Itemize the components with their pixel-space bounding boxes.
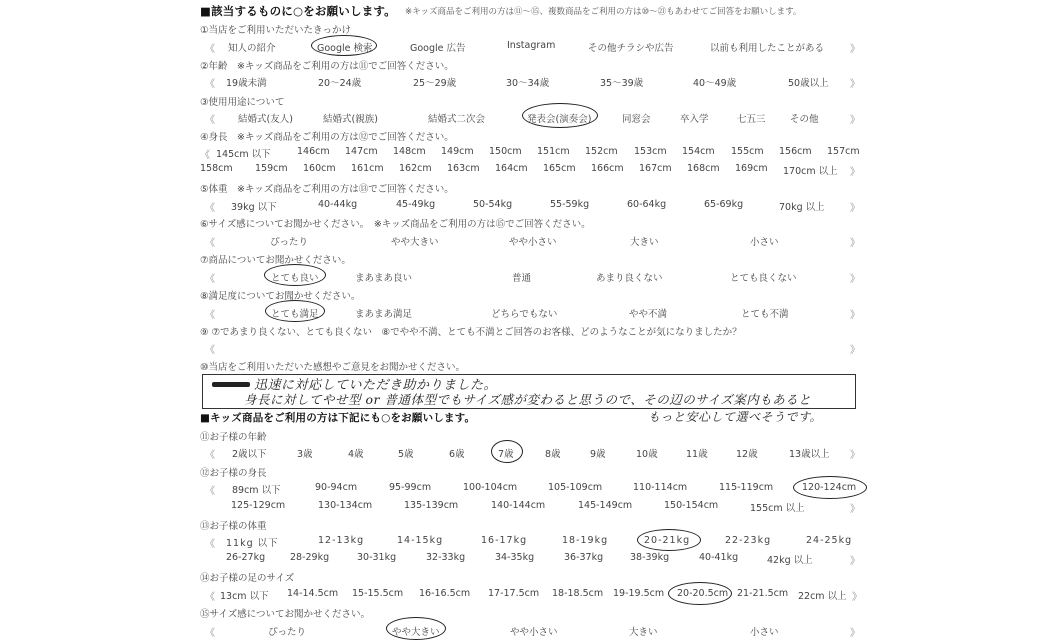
q14-option[interactable]: 18-18.5cm: [552, 588, 603, 599]
open-bracket: 《: [205, 199, 215, 214]
q4-option[interactable]: 161cm: [351, 163, 384, 174]
q11-option[interactable]: 6歳: [449, 446, 465, 460]
q13-option[interactable]: 12-13kg: [318, 535, 364, 546]
open-bracket: 《: [205, 306, 215, 321]
q4-option[interactable]: 159cm: [255, 163, 288, 174]
q10-handwritten-line3: もっと安心して選べそうです。: [648, 408, 822, 425]
q14-option[interactable]: 19-19.5cm: [613, 588, 664, 599]
q12-option[interactable]: 150-154cm: [664, 500, 718, 511]
q13-option[interactable]: 34-35kg: [495, 552, 534, 563]
q8-option[interactable]: とても不満: [741, 306, 789, 320]
q1-option[interactable]: Google 広告: [410, 40, 466, 54]
q13-option[interactable]: 40-41kg: [699, 552, 738, 563]
q14-option[interactable]: 21-21.5cm: [737, 588, 788, 599]
q11-option-selected[interactable]: 7歳: [498, 446, 514, 460]
q3-option[interactable]: 卒入学: [680, 111, 709, 125]
q13-option[interactable]: 32-33kg: [426, 552, 465, 563]
q6-label: ⑥サイズ感についてお聞かせください。 ※キッズ商品をご利用の方は⑮でご回答くださ…: [200, 216, 591, 230]
q4-label: ④身長 ※キッズ商品をご利用の方は⑫でご回答ください。: [200, 129, 454, 143]
q4-option[interactable]: 166cm: [591, 163, 624, 174]
q4-option[interactable]: 151cm: [537, 146, 570, 157]
q13-option[interactable]: 18-19kg: [562, 535, 608, 546]
q13-option[interactable]: 22-23kg: [725, 535, 771, 546]
q4-option[interactable]: 157cm: [827, 146, 860, 157]
q4-option[interactable]: 146cm: [297, 146, 330, 157]
q12-option[interactable]: 135-139cm: [404, 500, 458, 511]
crossed-out-text: [212, 382, 250, 387]
q5-option[interactable]: 39kg 以下: [231, 199, 277, 213]
q6-option[interactable]: やや大きい: [391, 234, 439, 248]
q4-option[interactable]: 165cm: [543, 163, 576, 174]
q11-option[interactable]: 5歳: [398, 446, 414, 460]
q3-option[interactable]: その他: [790, 111, 819, 125]
q11-option[interactable]: 4歳: [348, 446, 364, 460]
kids-section-title: ■キッズ商品をご利用の方は下記にも○をお願いします。: [200, 410, 475, 425]
q4-option[interactable]: 169cm: [735, 163, 768, 174]
q7-option-selected[interactable]: とても良い: [271, 270, 319, 284]
q2-option[interactable]: 25〜29歳: [413, 75, 456, 89]
open-bracket: 《: [205, 75, 215, 90]
q11-option[interactable]: 10歳: [636, 446, 658, 460]
q3-option[interactable]: 同窓会: [622, 111, 651, 125]
q6-option[interactable]: 大きい: [630, 234, 659, 248]
q2-option[interactable]: 50歳以上: [788, 75, 829, 89]
q4-option[interactable]: 155cm: [731, 146, 764, 157]
q12-label: ⑫お子様の身長: [200, 465, 267, 479]
q15-option[interactable]: 大きい: [629, 624, 658, 638]
q10-handwritten-line2: 身長に対してやせ型 or 普通体型でもサイズ感が変わると思うので、その辺のサイズ…: [244, 390, 811, 408]
q4-option[interactable]: 150cm: [489, 146, 522, 157]
q4-option[interactable]: 145cm 以下: [216, 146, 271, 160]
q8-label: ⑧満足度についてお聞かせください。: [200, 288, 360, 302]
q2-option[interactable]: 35〜39歳: [600, 75, 643, 89]
q12-option[interactable]: 110-114cm: [633, 482, 687, 493]
q4-option[interactable]: 163cm: [447, 163, 480, 174]
open-bracket: 《: [205, 535, 215, 550]
q11-option[interactable]: 2歳以下: [232, 446, 267, 460]
q4-option[interactable]: 167cm: [639, 163, 672, 174]
q13-option[interactable]: 24-25kg: [806, 535, 852, 546]
q6-option[interactable]: 小さい: [750, 234, 779, 248]
q2-option[interactable]: 30〜34歳: [506, 75, 549, 89]
open-bracket: 《: [205, 234, 215, 249]
close-bracket: 》: [850, 199, 860, 214]
q9-answer-field[interactable]: [230, 341, 830, 355]
open-bracket: 《: [205, 624, 215, 639]
q11-option[interactable]: 12歳: [736, 446, 758, 460]
q14-option[interactable]: 13cm 以下: [220, 588, 269, 602]
close-bracket: 》: [850, 552, 860, 567]
close-bracket: 》: [852, 588, 862, 603]
q15-option[interactable]: 小さい: [750, 624, 779, 638]
q12-option[interactable]: 90-94cm: [315, 482, 357, 493]
open-bracket: 《: [205, 588, 215, 603]
close-bracket: 》: [850, 40, 860, 55]
q4-option[interactable]: 149cm: [441, 146, 474, 157]
q5-option[interactable]: 55-59kg: [550, 199, 589, 210]
q4-option[interactable]: 156cm: [779, 146, 812, 157]
q12-option[interactable]: 89cm 以下: [232, 482, 281, 496]
q14-option-selected[interactable]: 20-20.5cm: [677, 588, 728, 599]
q5-option[interactable]: 45-49kg: [396, 199, 435, 210]
q4-option[interactable]: 147cm: [345, 146, 378, 157]
q4-option[interactable]: 148cm: [393, 146, 426, 157]
form-title: ■該当するものに○をお願いします。: [200, 3, 396, 19]
q13-option[interactable]: 36-37kg: [564, 552, 603, 563]
q15-option-selected[interactable]: やや大きい: [392, 624, 440, 638]
q3-option[interactable]: 結婚式二次会: [428, 111, 485, 125]
q5-option[interactable]: 70kg 以上: [779, 199, 825, 213]
q11-option[interactable]: 3歳: [297, 446, 313, 460]
open-bracket: 《: [205, 446, 215, 461]
q9-label: ⑨ ⑦であまり良くない、とても良くない ⑧でやや不満、とても不満とご回答のお客様…: [200, 324, 742, 338]
q4-option[interactable]: 160cm: [303, 163, 336, 174]
q3-option[interactable]: 七五三: [737, 111, 766, 125]
q6-option[interactable]: ぴったり: [270, 234, 308, 248]
q11-label: ⑪お子様の年齢: [200, 429, 267, 443]
q1-option[interactable]: 以前も利用したことがある: [710, 40, 824, 54]
q4-option[interactable]: 153cm: [634, 146, 667, 157]
q13-option[interactable]: 11kg 以下: [226, 535, 279, 549]
q6-option[interactable]: やや小さい: [509, 234, 557, 248]
q1-label: ①当店をご利用いただいたきっかけ: [200, 22, 351, 36]
q4-option[interactable]: 154cm: [682, 146, 715, 157]
q3-option-selected[interactable]: 発表会(演奏会): [527, 111, 591, 125]
open-bracket: 《: [205, 482, 215, 497]
q5-option[interactable]: 60-64kg: [627, 199, 666, 210]
q2-option[interactable]: 40〜49歳: [693, 75, 736, 89]
q12-option[interactable]: 105-109cm: [548, 482, 602, 493]
q14-option[interactable]: 15-15.5cm: [352, 588, 403, 599]
q3-option[interactable]: 結婚式(親族): [323, 111, 378, 125]
q7-option[interactable]: まあまあ良い: [355, 270, 412, 284]
close-bracket: 》: [850, 446, 860, 461]
close-bracket: 》: [850, 624, 860, 639]
close-bracket: 》: [850, 341, 860, 356]
q14-label: ⑭お子様の足のサイズ: [200, 570, 294, 584]
q14-option[interactable]: 16-16.5cm: [419, 588, 470, 599]
q7-option[interactable]: とても良くない: [730, 270, 797, 284]
q11-option[interactable]: 13歳以上: [789, 446, 830, 460]
close-bracket: 》: [850, 270, 860, 285]
close-bracket: 》: [850, 306, 860, 321]
q1-option-selected[interactable]: Google 検索: [317, 40, 373, 54]
q5-option[interactable]: 40-44kg: [318, 199, 357, 210]
q12-option[interactable]: 140-144cm: [491, 500, 545, 511]
q12-option[interactable]: 155cm 以上: [750, 500, 805, 514]
q7-option[interactable]: あまり良くない: [596, 270, 663, 284]
q13-option[interactable]: 16-17kg: [481, 535, 527, 546]
q3-label: ③使用用途について: [200, 94, 284, 108]
q4-option[interactable]: 152cm: [585, 146, 618, 157]
open-bracket: 《: [205, 40, 215, 55]
q7-label: ⑦商品についてお聞かせください。: [200, 252, 351, 266]
close-bracket: 》: [850, 111, 860, 126]
q4-option[interactable]: 164cm: [495, 163, 528, 174]
q14-option[interactable]: 17-17.5cm: [488, 588, 539, 599]
q15-label: ⑮サイズ感についてお聞かせください。: [200, 606, 370, 620]
q11-option[interactable]: 11歳: [686, 446, 708, 460]
q4-option[interactable]: 162cm: [399, 163, 432, 174]
q13-option-selected[interactable]: 20-21kg: [644, 535, 690, 546]
q10-label: ⑩当店をご利用いただいた感想やご意見をお聞かせください。: [200, 359, 465, 373]
open-bracket: 《: [205, 111, 215, 126]
q13-option[interactable]: 42kg 以上: [767, 552, 813, 566]
open-bracket: 《: [205, 341, 215, 356]
q12-option[interactable]: 145-149cm: [578, 500, 632, 511]
q1-option[interactable]: その他チラシや広告: [588, 40, 674, 54]
q8-option[interactable]: やや不満: [629, 306, 667, 320]
q2-label: ②年齢 ※キッズ商品をご利用の方は⑪でご回答ください。: [200, 58, 454, 72]
q12-option[interactable]: 95-99cm: [389, 482, 431, 493]
q8-option-selected[interactable]: とても満足: [271, 306, 319, 320]
q14-option[interactable]: 22cm 以上: [798, 588, 847, 602]
q12-option[interactable]: 125-129cm: [231, 500, 285, 511]
q1-option[interactable]: 知人の紹介: [228, 40, 276, 54]
q8-option[interactable]: まあまあ満足: [355, 306, 412, 320]
q4-option[interactable]: 168cm: [687, 163, 720, 174]
q2-option[interactable]: 20〜24歳: [318, 75, 361, 89]
close-bracket: 》: [850, 163, 860, 178]
open-bracket: 《: [200, 146, 210, 161]
q2-option[interactable]: 19歳未満: [226, 75, 267, 89]
q12-option-selected[interactable]: 120-124cm: [802, 482, 856, 493]
q8-option[interactable]: どちらでもない: [491, 306, 557, 320]
q11-option[interactable]: 9歳: [590, 446, 606, 460]
q12-option[interactable]: 130-134cm: [318, 500, 372, 511]
q13-option[interactable]: 26-27kg: [226, 552, 265, 563]
q5-option[interactable]: 50-54kg: [473, 199, 512, 210]
q13-option[interactable]: 30-31kg: [357, 552, 396, 563]
q12-option[interactable]: 115-119cm: [719, 482, 773, 493]
q5-label: ⑤体重 ※キッズ商品をご利用の方は⑬でご回答ください。: [200, 181, 454, 195]
q4-option[interactable]: 158cm: [200, 163, 233, 174]
open-bracket: 《: [205, 270, 215, 285]
q12-option[interactable]: 100-104cm: [463, 482, 517, 493]
survey-form-page: ■該当するものに○をお願いします。 ※キッズ商品をご利用の方は⑪〜⑮、複数商品を…: [0, 0, 1060, 640]
q13-label: ⑬お子様の体重: [200, 518, 267, 532]
q13-option[interactable]: 28-29kg: [290, 552, 329, 563]
q1-option[interactable]: Instagram: [507, 40, 555, 51]
form-instruction-note: ※キッズ商品をご利用の方は⑪〜⑮、複数商品をご利用の方は⑩〜㉑もあわせてご回答を…: [405, 5, 801, 17]
q11-option[interactable]: 8歳: [545, 446, 561, 460]
q13-option[interactable]: 38-39kg: [630, 552, 669, 563]
close-bracket: 》: [850, 234, 860, 249]
q3-option[interactable]: 結婚式(友人): [238, 111, 293, 125]
q4-option[interactable]: 170cm 以上: [783, 163, 838, 177]
q14-option[interactable]: 14-14.5cm: [287, 588, 338, 599]
close-bracket: 》: [850, 500, 860, 515]
q15-option[interactable]: やや小さい: [510, 624, 558, 638]
q15-option[interactable]: ぴったり: [268, 624, 306, 638]
q5-option[interactable]: 65-69kg: [704, 199, 743, 210]
close-bracket: 》: [850, 75, 860, 90]
q13-option[interactable]: 14-15kg: [397, 535, 443, 546]
q7-option[interactable]: 普通: [512, 270, 531, 284]
